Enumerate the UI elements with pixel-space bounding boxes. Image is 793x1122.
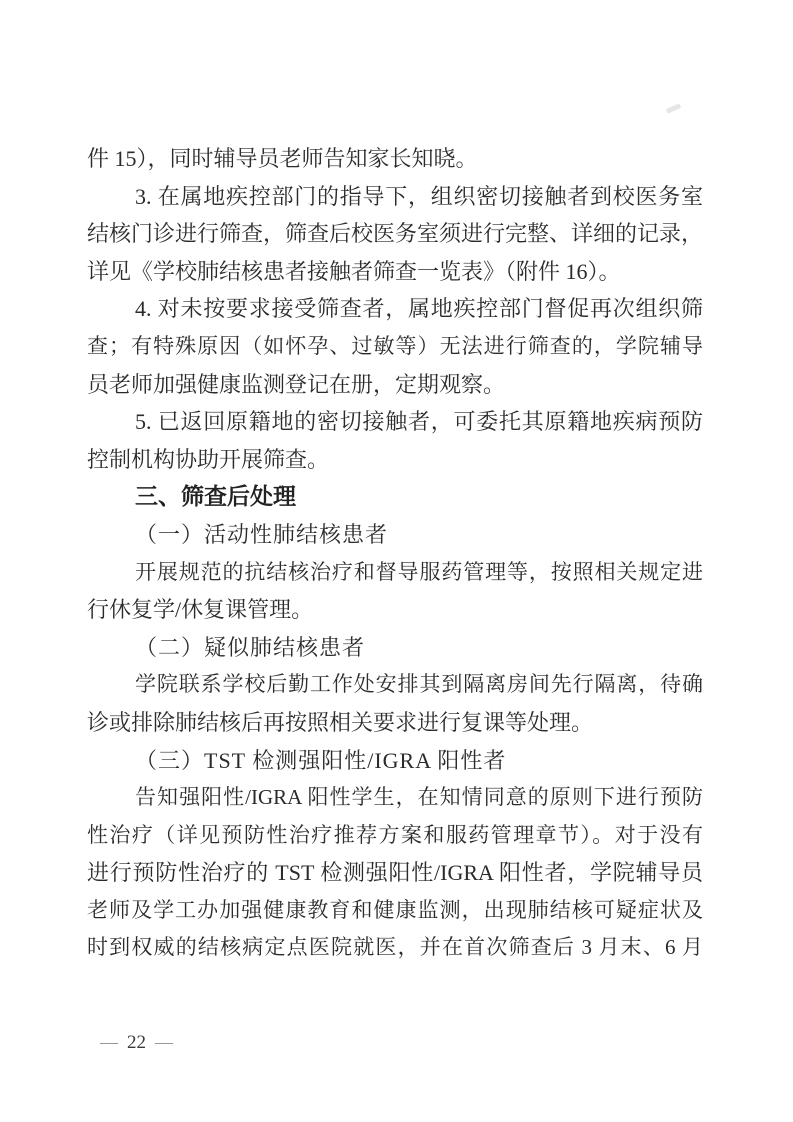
page-number: —22— — [100, 1030, 173, 1054]
text-line: 员老师加强健康监测登记在册，定期观察。 — [87, 366, 703, 404]
document-body: 件 15），同时辅导员老师告知家长知晓。 3. 在属地疾控部门的指导下，组织密切… — [87, 140, 703, 967]
text-line: 诊或排除肺结核后再按照相关要求进行复课等处理。 — [87, 704, 703, 742]
section-heading: 三、筛查后处理 — [87, 478, 703, 516]
subsection-heading: （二）疑似肺结核患者 — [87, 629, 703, 667]
text-line: 控制机构协助开展筛查。 — [87, 441, 703, 479]
text-line: 性治疗（详见预防性治疗推荐方案和服药管理章节）。对于没有 — [87, 817, 703, 855]
text-line: 3. 在属地疾控部门的指导下，组织密切接触者到校医务室 — [87, 178, 703, 216]
text-line: 老师及学工办加强健康教育和健康监测，出现肺结核可疑症状及 — [87, 892, 703, 930]
text-line: 开展规范的抗结核治疗和督导服药管理等，按照相关规定进 — [87, 554, 703, 592]
text-line: 查；有特殊原因（如怀孕、过敏等）无法进行筛查的，学院辅导 — [87, 328, 703, 366]
text-line: 详见《学校肺结核患者接触者筛查一览表》（附件 16）。 — [87, 253, 703, 291]
footer-right-dash: — — [155, 1032, 173, 1052]
subsection-heading: （一）活动性肺结核患者 — [87, 516, 703, 554]
subsection-heading: （三）TST 检测强阳性/IGRA 阳性者 — [87, 742, 703, 780]
text-line: 学院联系学校后勤工作处安排其到隔离房间先行隔离，待确 — [87, 666, 703, 704]
text-line: 进行预防性治疗的 TST 检测强阳性/IGRA 阳性者，学院辅导员 — [87, 854, 703, 892]
scan-artifact — [666, 103, 682, 114]
text-line: 结核门诊进行筛查，筛查后校医务室须进行完整、详细的记录， — [87, 215, 703, 253]
footer-number: 22 — [127, 1032, 146, 1053]
text-line: 4. 对未按要求接受筛查者，属地疾控部门督促再次组织筛 — [87, 290, 703, 328]
text-line: 5. 已返回原籍地的密切接触者，可委托其原籍地疾病预防 — [87, 403, 703, 441]
document-page: 件 15），同时辅导员老师告知家长知晓。 3. 在属地疾控部门的指导下，组织密切… — [0, 0, 793, 1122]
text-line: 件 15），同时辅导员老师告知家长知晓。 — [87, 140, 703, 178]
text-line: 告知强阳性/IGRA 阳性学生，在知情同意的原则下进行预防 — [87, 779, 703, 817]
text-line: 时到权威的结核病定点医院就医，并在首次筛查后 3 月末、6 月 — [87, 929, 703, 967]
footer-left-dash: — — [100, 1032, 118, 1052]
text-line: 行休复学/休复课管理。 — [87, 591, 703, 629]
